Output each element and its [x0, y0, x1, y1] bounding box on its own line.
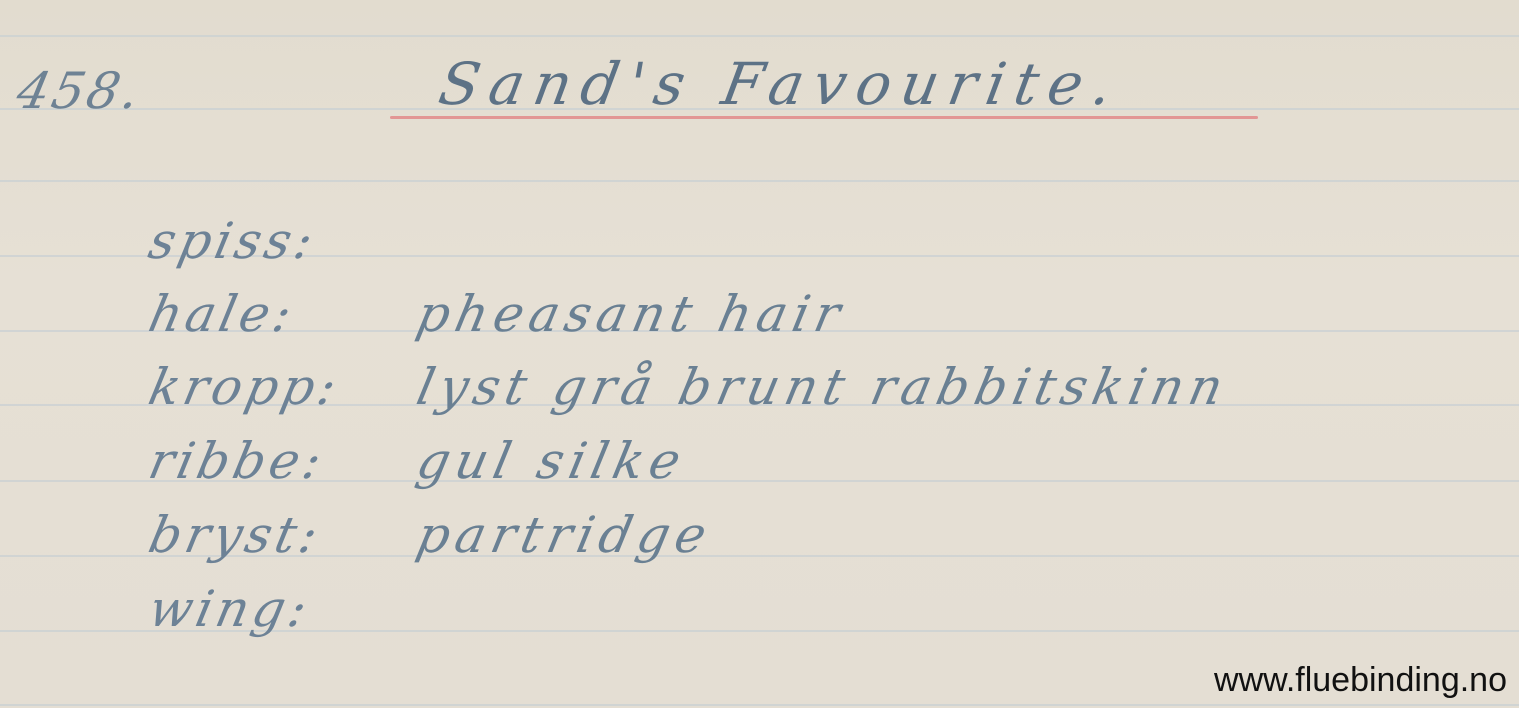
ruled-line [0, 35, 1519, 37]
recipe-label-spiss: spiss: [144, 212, 322, 270]
recipe-value-hale: pheasant hair [412, 285, 852, 343]
recipe-value-ribbe: gul silke [412, 432, 692, 490]
ruled-line [0, 180, 1519, 182]
notebook-page: 458. Sand's Favourite. spiss: hale: phea… [0, 0, 1519, 708]
recipe-label-hale: hale: [144, 285, 301, 343]
recipe-label-wing: wing: [144, 580, 316, 638]
recipe-label-kropp: kropp: [144, 358, 346, 416]
recipe-label-bryst: bryst: [144, 506, 327, 564]
entry-title: Sand's Favourite. [434, 50, 1127, 118]
recipe-value-bryst: partridge [412, 506, 718, 564]
ruled-line [0, 704, 1519, 706]
watermark-url: www.fluebinding.no [1214, 661, 1507, 700]
recipe-value-kropp: lyst grå brunt rabbitskinn [412, 358, 1234, 416]
entry-number: 458. [12, 62, 148, 120]
recipe-label-ribbe: ribbe: [144, 432, 331, 490]
